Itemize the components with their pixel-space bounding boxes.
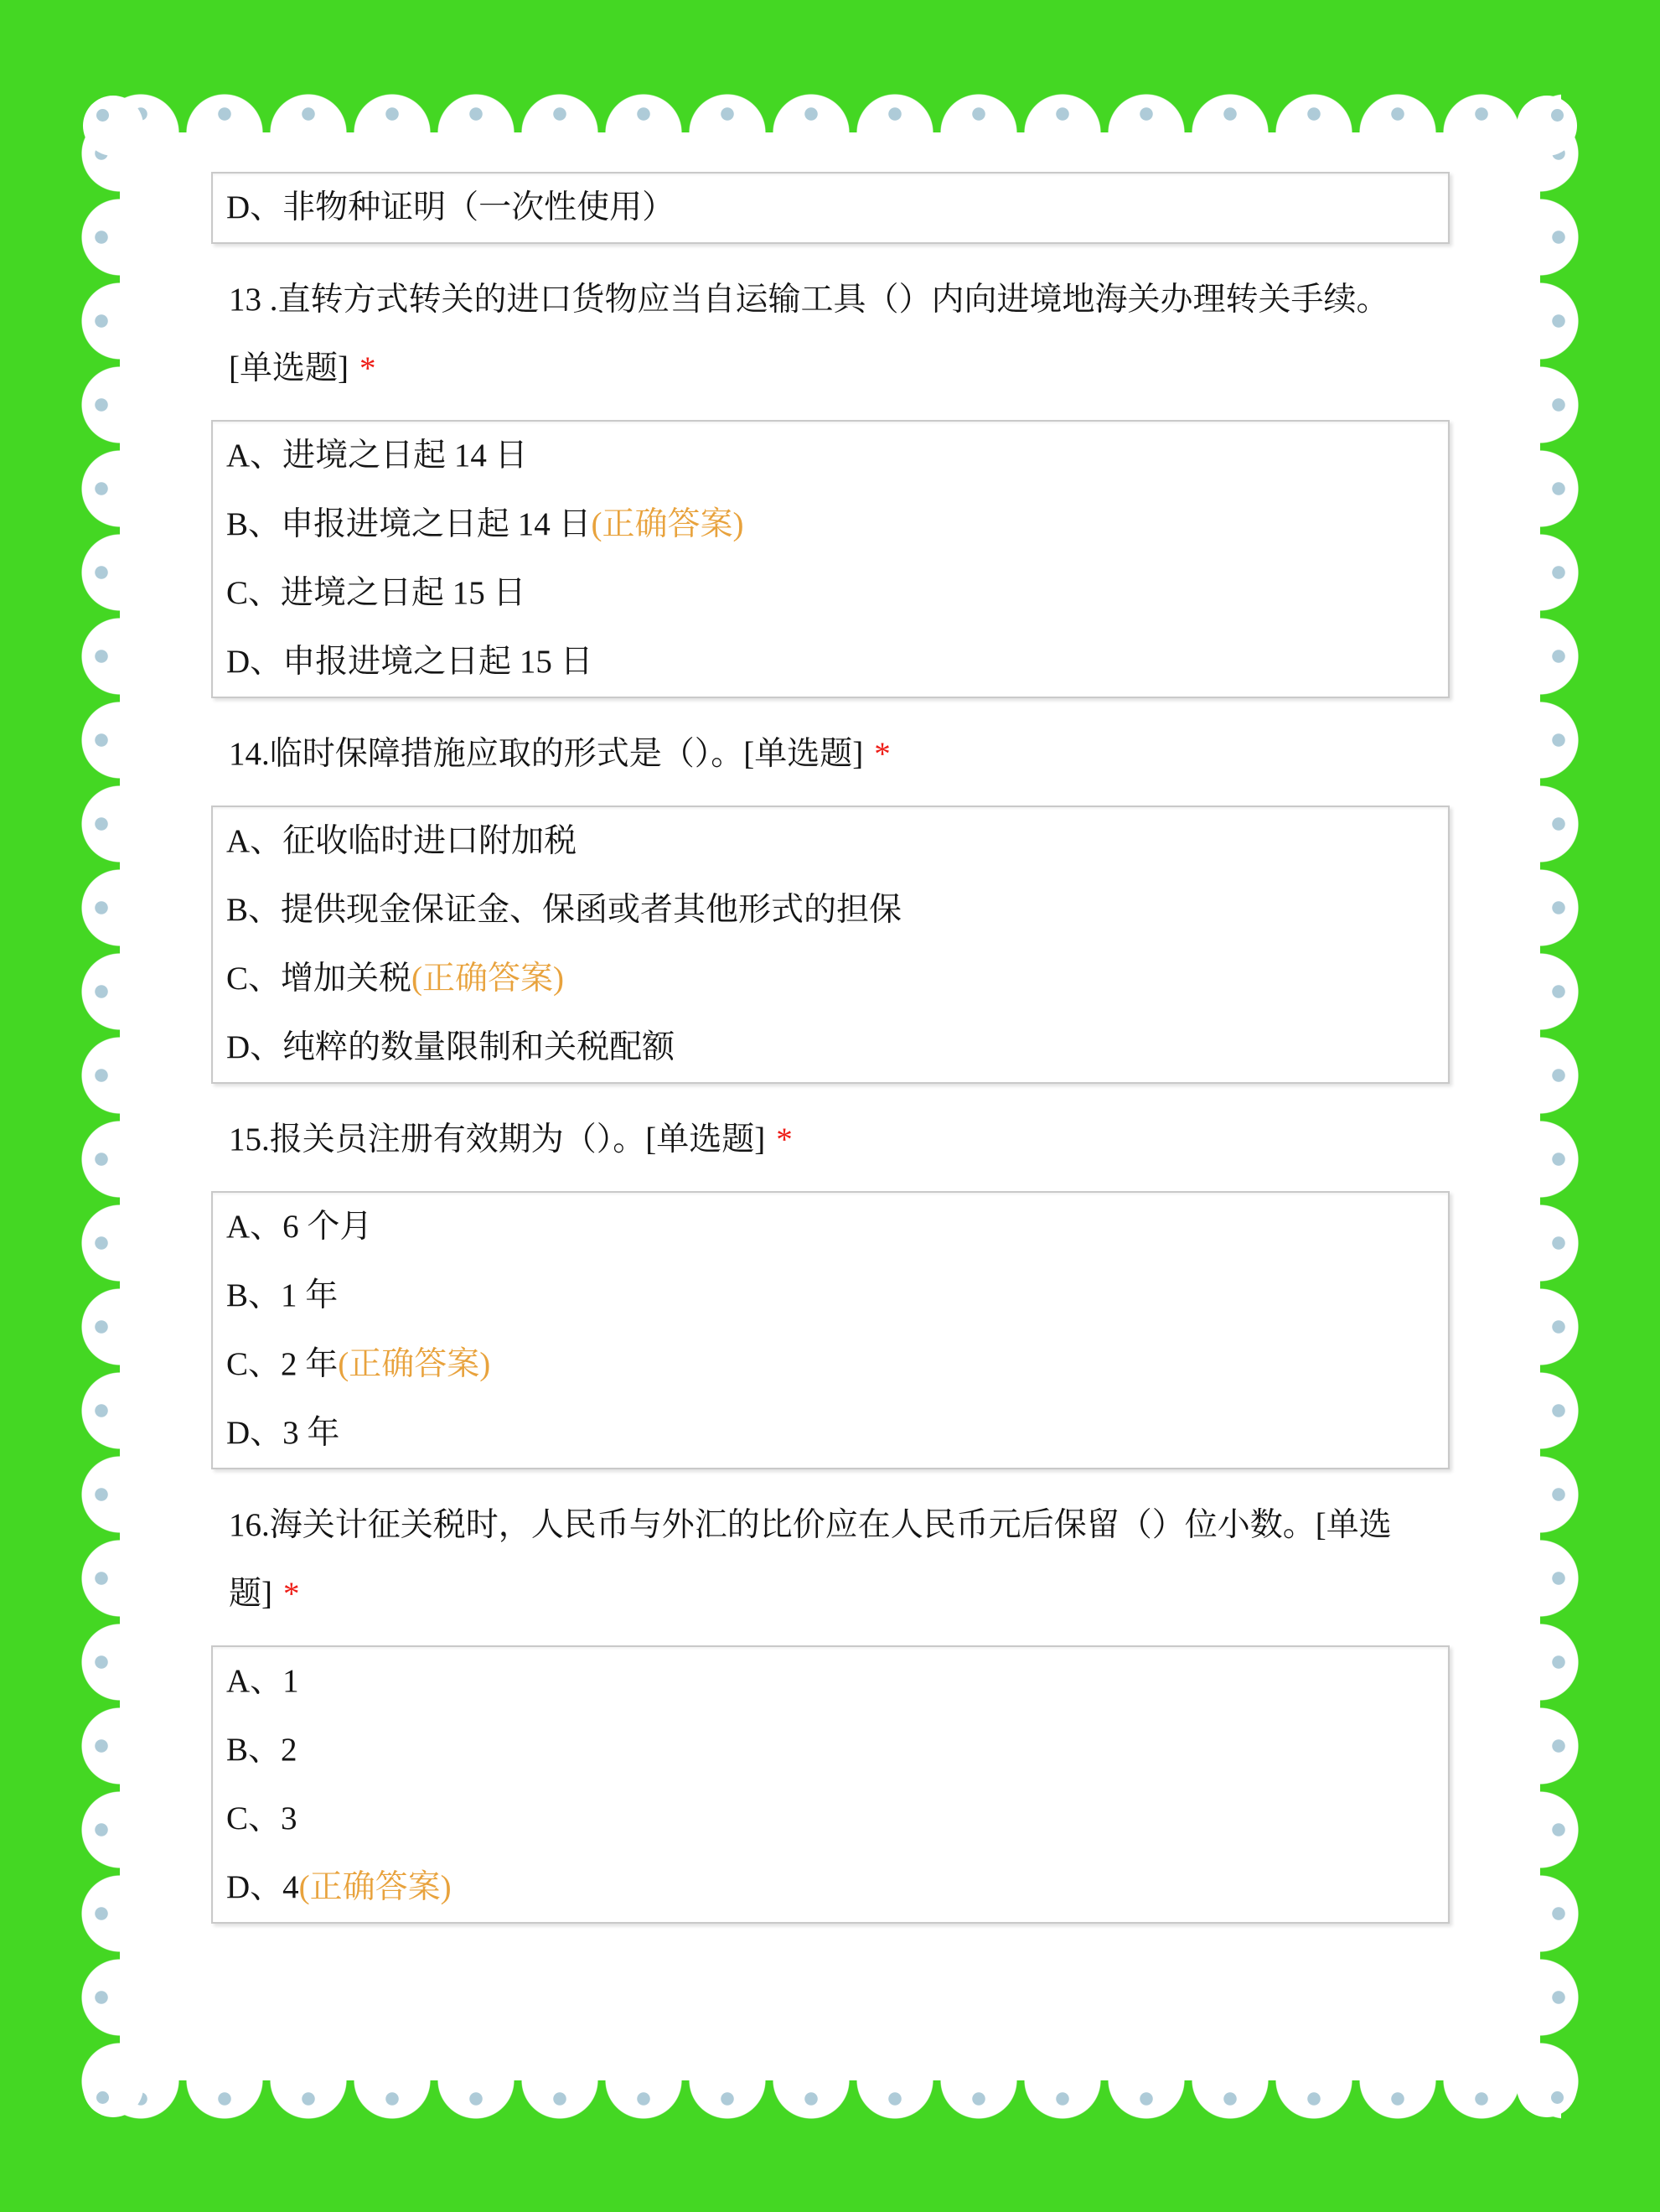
quiz-content: D、非物种证明（一次性使用） 13 .直转方式转关的进口货物应当自运输工具（）内… [211, 172, 1450, 1924]
correct-answer-tag: (正确答案) [299, 1869, 452, 1905]
options-box: A、1 B、2 C、3 [211, 1645, 1450, 1924]
option-row: A、6 个月 [213, 1193, 1448, 1261]
option-row: B、1 年 [213, 1261, 1448, 1330]
required-asterisk: * [359, 350, 376, 386]
card-scallop-edge-left [80, 111, 120, 2101]
option-row: C、3 [213, 1785, 1448, 1853]
page-background: D、非物种证明（一次性使用） 13 .直转方式转关的进口货物应当自运输工具（）内… [0, 0, 1660, 2212]
option-text: C、3 [226, 1800, 297, 1836]
question-block: 16.海关计征关税时，人民币与外汇的比价应在人民币元后保留（）位小数。[单选题]… [211, 1491, 1450, 1924]
option-text: D、纯粹的数量限制和关税配额 [226, 1029, 675, 1065]
option-row: D、4(正确答案) [213, 1853, 1448, 1922]
question-title: 13 .直转方式转关的进口货物应当自运输工具（）内向进境地海关办理转关手续。[单… [211, 266, 1450, 403]
option-text: A、6 个月 [226, 1209, 372, 1245]
correct-answer-tag: (正确答案) [592, 506, 744, 542]
question-text: 14.临时保障措施应取的形式是（）。[单选题] [229, 736, 863, 772]
option-text: D、申报进境之日起 15 日 [226, 644, 593, 680]
card-scallop-edge-bottom [99, 2080, 1561, 2121]
option-text: C、增加关税 [226, 961, 411, 997]
question-title: 14.临时保障措施应取的形式是（）。[单选题]* [211, 720, 1450, 789]
card-scallop-edge-top [99, 92, 1561, 132]
options-list: A、征收临时进口附加税 B、提供现金保证金、保函或者其他形式的担保 C、增加关税… [213, 807, 1448, 1082]
question-block: 13 .直转方式转关的进口货物应当自运输工具（）内向进境地海关办理转关手续。[单… [211, 266, 1450, 698]
option-row: A、1 [213, 1647, 1448, 1716]
previous-question-options-box: D、非物种证明（一次性使用） [211, 172, 1450, 244]
options-list: A、6 个月 B、1 年 C、2 年(正确答案) [213, 1193, 1448, 1468]
option-text: D、3 年 [226, 1415, 339, 1451]
question-title: 16.海关计征关税时，人民币与外汇的比价应在人民币元后保留（）位小数。[单选题]… [211, 1491, 1450, 1629]
options-list: A、1 B、2 C、3 [213, 1647, 1448, 1922]
option-row: C、2 年(正确答案) [213, 1330, 1448, 1399]
option-text: B、申报进境之日起 14 日 [226, 506, 592, 542]
option-text: B、2 [226, 1732, 297, 1768]
question-title: 15.报关员注册有效期为（）。[单选题]* [211, 1106, 1450, 1174]
option-row: A、征收临时进口附加税 [213, 807, 1448, 876]
question-text: 15.报关员注册有效期为（）。[单选题] [229, 1122, 765, 1158]
question-text: 16.海关计征关税时，人民币与外汇的比价应在人民币元后保留（）位小数。[单选题] [229, 1507, 1392, 1612]
required-asterisk: * [874, 736, 891, 772]
correct-answer-tag: (正确答案) [338, 1346, 490, 1382]
option-row: B、提供现金保证金、保函或者其他形式的担保 [213, 876, 1448, 945]
options-box: A、征收临时进口附加税 B、提供现金保证金、保函或者其他形式的担保 C、增加关税… [211, 806, 1450, 1084]
option-row: D、非物种证明（一次性使用） [213, 174, 1448, 242]
option-row: D、申报进境之日起 15 日 [213, 628, 1448, 697]
option-text: B、1 年 [226, 1277, 338, 1313]
option-row: B、2 [213, 1716, 1448, 1785]
card-scallop-edge-right [1540, 111, 1580, 2101]
options-box: A、进境之日起 14 日 B、申报进境之日起 14 日(正确答案) C、进境之日… [211, 420, 1450, 698]
option-text: A、1 [226, 1663, 299, 1699]
option-text: A、进境之日起 14 日 [226, 438, 528, 474]
option-text: C、2 年 [226, 1346, 338, 1382]
correct-answer-tag: (正确答案) [411, 961, 564, 997]
required-asterisk: * [776, 1122, 793, 1158]
option-text: D、4 [226, 1869, 299, 1905]
question-text: 13 .直转方式转关的进口货物应当自运输工具（）内向进境地海关办理转关手续。[单… [229, 282, 1389, 386]
question-block: 14.临时保障措施应取的形式是（）。[单选题]* A、征收临时进口附加税 [211, 720, 1450, 1084]
option-text: B、提供现金保证金、保函或者其他形式的担保 [226, 892, 902, 928]
required-asterisk: * [283, 1576, 300, 1612]
option-text: D、非物种证明（一次性使用） [226, 189, 675, 225]
option-row: C、进境之日起 15 日 [213, 559, 1448, 628]
option-row: D、纯粹的数量限制和关税配额 [213, 1013, 1448, 1082]
option-text: C、进境之日起 15 日 [226, 575, 526, 611]
options-box: A、6 个月 B、1 年 C、2 年(正确答案) [211, 1191, 1450, 1469]
option-row: C、增加关税(正确答案) [213, 945, 1448, 1013]
option-row: A、进境之日起 14 日 [213, 422, 1448, 490]
option-text: A、征收临时进口附加税 [226, 823, 577, 859]
options-list: A、进境之日起 14 日 B、申报进境之日起 14 日(正确答案) C、进境之日… [213, 422, 1448, 697]
question-block: 15.报关员注册有效期为（）。[单选题]* A、6 个月 B、1 年 [211, 1106, 1450, 1469]
question-list: 13 .直转方式转关的进口货物应当自运输工具（）内向进境地海关办理转关手续。[单… [211, 266, 1450, 1924]
option-row: D、3 年 [213, 1399, 1448, 1468]
option-row: B、申报进境之日起 14 日(正确答案) [213, 490, 1448, 559]
